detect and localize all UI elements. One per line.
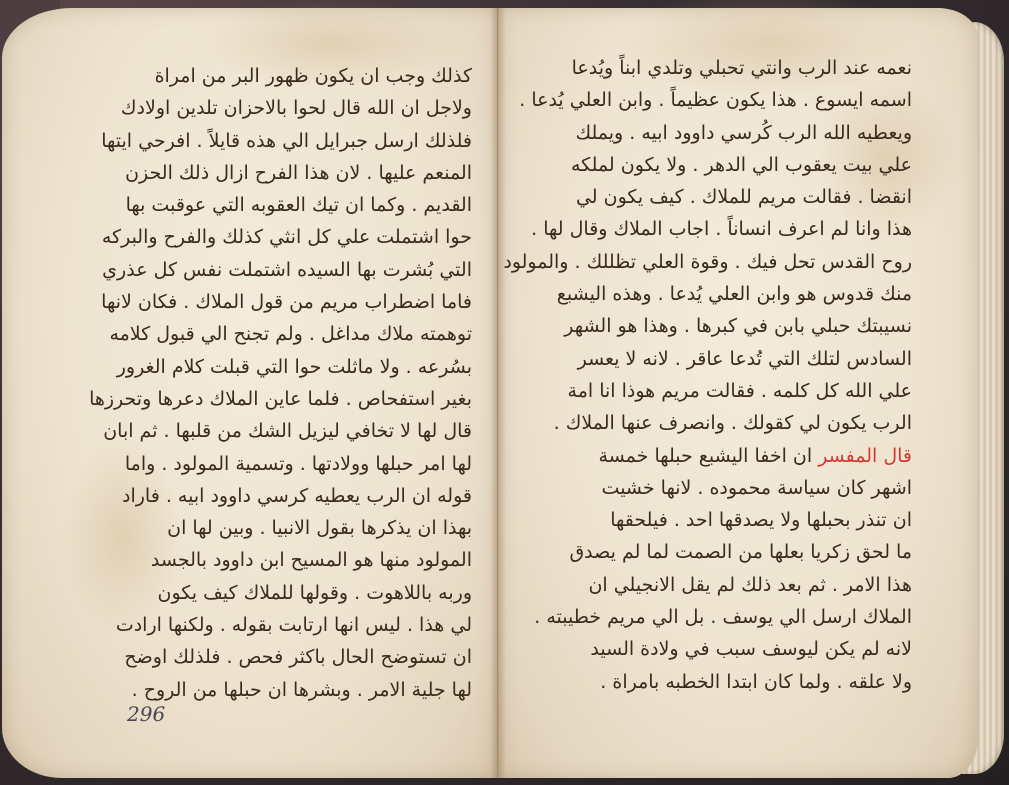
right-page-text: نعمه عند الرب وانتي تحبلي وتلدي ابناً وي…: [520, 52, 912, 698]
text-line: نعمه عند الرب وانتي تحبلي وتلدي ابناً وي…: [520, 52, 912, 84]
text-line: قال لها لا تخافي ليزيل الشك من قلبها . ث…: [72, 415, 472, 447]
text-line: ولاجل ان الله قال لحوا بالاحزان تلدين او…: [72, 92, 472, 124]
text-line: كذلك وجب ان يكون ظهور البر من امراة: [72, 60, 472, 92]
open-manuscript: كذلك وجب ان يكون ظهور البر من امراة ولاج…: [2, 8, 1002, 780]
text-line: الرب يكون لي كقولك . وانصرف عنها الملاك …: [520, 407, 912, 439]
text-line: توهمته ملاك مداغل . ولم تجنح الي قبول كل…: [72, 318, 472, 350]
text-line: ان تنذر بحبلها ولا يصدقها احد . فيلحقها: [520, 504, 912, 536]
text-line: اسمه ايسوع . هذا يكون عظيماً . وابن العل…: [520, 84, 912, 116]
text-line: علي بيت يعقوب الي الدهر . ولا يكون لملكه: [520, 149, 912, 181]
rubric-line: قال المفسر ان اخفا اليشبع حبلها خمسة: [520, 440, 912, 472]
text-line: وربه باللاهوت . وقولها للملاك كيف يكون: [72, 577, 472, 609]
text-line: التي بُشرت بها السيده اشتملت نفس كل عذري: [72, 254, 472, 286]
text-line: قوله ان الرب يعطيه كرسي داوود ابيه . فار…: [72, 480, 472, 512]
text-span: ان اخفا اليشبع حبلها خمسة: [599, 445, 819, 467]
text-line: حوا اشتملت علي كل انثي كذلك والفرح والبر…: [72, 221, 472, 253]
text-line: ويعطيه الله الرب كُرسي داوود ابيه . ويمل…: [520, 117, 912, 149]
text-line: هذا الامر . ثم بعد ذلك لم يقل الانجيلي ا…: [520, 569, 912, 601]
text-line: لي هذا . ليس انها ارتابت بقوله . ولكنها …: [72, 609, 472, 641]
text-line: اشهر كان سياسة محموده . لانها خشيت: [520, 472, 912, 504]
text-line: انقضا . فقالت مريم للملاك . كيف يكون لي: [520, 181, 912, 213]
text-line: لانه لم يكن ليوسف سبب في ولادة السيد: [520, 633, 912, 665]
rubric-heading: قال المفسر: [818, 445, 912, 467]
text-line: بهذا ان يذكرها بقول الانبيا . وبين لها ا…: [72, 512, 472, 544]
text-line: ان تستوضح الحال باكثر فحص . فلذلك اوضح: [72, 641, 472, 673]
text-line: المنعم عليها . لان هذا الفرح ازال ذلك ال…: [72, 157, 472, 189]
text-line: روح القدس تحل فيك . وقوة العلي تظللك . و…: [520, 246, 912, 278]
folio-number: 296: [127, 702, 165, 726]
text-line: فلذلك ارسل جبرايل الي هذه قايلاً . افرحي…: [72, 125, 472, 157]
text-line: بغير استفحاص . فلما عاين الملاك دعرها وت…: [72, 383, 472, 415]
text-line: فاما اضطراب مريم من قول الملاك . فكان لا…: [72, 286, 472, 318]
text-line: منك قدوس هو وابن العلي يُدعا . وهذه اليش…: [520, 278, 912, 310]
book-gutter: [490, 8, 506, 778]
text-line: الملاك ارسل الي يوسف . بل الي مريم خطيبت…: [520, 601, 912, 633]
text-line: المولود منها هو المسيح ابن داوود بالجسد: [72, 544, 472, 576]
left-page-text: كذلك وجب ان يكون ظهور البر من امراة ولاج…: [72, 60, 472, 706]
text-line: نسيبتك حبلي بابن في كبرها . وهذا هو الشه…: [520, 310, 912, 342]
text-line: بسُرعه . ولا ماثلت حوا التي قبلت كلام ال…: [72, 351, 472, 383]
text-line: السادس لتلك التي تُدعا عاقر . لانه لا يع…: [520, 343, 912, 375]
text-line: علي الله كل كلمه . فقالت مريم هوذا انا ا…: [520, 375, 912, 407]
text-line: ما لحق زكريا بعلها من الصمت لما لم يصدق: [520, 536, 912, 568]
text-line: لها امر حبلها وولادتها . وتسمية المولود …: [72, 448, 472, 480]
text-line: القديم . وكما ان تيك العقوبه التي عوقبت …: [72, 189, 472, 221]
text-line: هذا وانا لم اعرف انساناً . اجاب الملاك و…: [520, 213, 912, 245]
text-line: ولا علقه . ولما كان ابتدا الخطبه بامراة …: [520, 666, 912, 698]
